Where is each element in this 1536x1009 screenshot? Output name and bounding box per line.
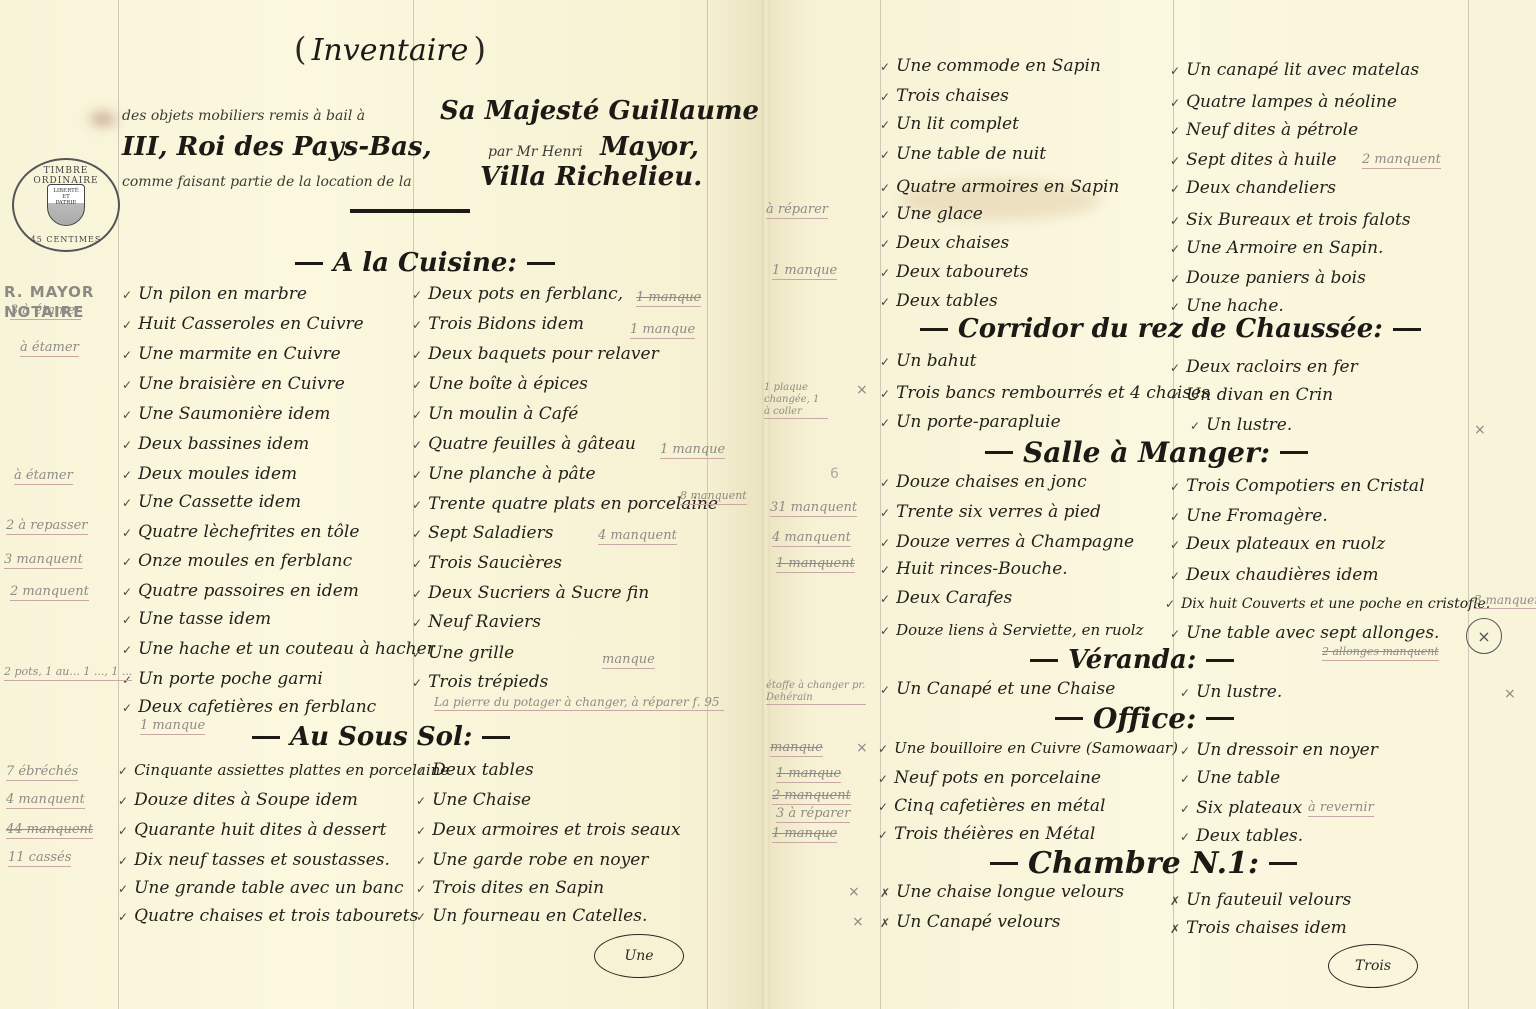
margin-note: 4 manquent <box>772 530 851 547</box>
inventory-item: ✓Huit Casseroles en Cuivre <box>122 312 364 337</box>
header-line2-small: par Mr Henri <box>488 144 583 160</box>
margin-note: 2 manquent <box>1362 152 1441 169</box>
margin-note: 2 allonges manquent <box>1322 644 1439 661</box>
circled-cross-icon: × <box>1466 618 1502 654</box>
inventory-item: ✓Un lustre. <box>1190 413 1292 438</box>
margin-note: à étamer <box>20 340 79 357</box>
inventory-item: ✓Deux Sucriers à Sucre fin <box>412 581 649 606</box>
header-line2-name: Mayor, <box>600 132 699 162</box>
inventory-item: ✓Onze moules en ferblanc <box>122 549 352 574</box>
margin-number: 6 <box>830 466 839 482</box>
inventory-item: ✓Quatre lèchefrites en tôle <box>122 520 359 545</box>
header-line1-big: Sa Majesté Guillaume <box>440 96 759 126</box>
inventory-item: ✓Trois Saucières <box>412 551 562 576</box>
margin-note: 1 manque <box>776 766 841 783</box>
inventory-item: ✓Un moulin à Café <box>412 402 578 427</box>
margin-note: 1 manque <box>636 290 701 307</box>
cross-mark-icon: × <box>852 914 864 930</box>
inventory-item: ✓Quatre lampes à néoline <box>1170 90 1397 115</box>
inventory-item: ✓Un porte-parapluie <box>880 410 1061 435</box>
cross-mark-icon: × <box>1504 686 1516 702</box>
inventory-item: ✓Une braisière en Cuivre <box>122 372 345 397</box>
margin-note: 2 à repasser <box>6 518 88 535</box>
shield-text: PATRIE <box>56 200 77 206</box>
header-line3-big: Villa Richelieu. <box>480 162 702 192</box>
inventory-item: ✓Douze verres à Champagne <box>880 530 1134 555</box>
tax-stamp: TIMBRE ORDINAIRE LIBERTÉ ET PATRIE 45 CE… <box>12 158 120 252</box>
notary-name: R. MAYOR <box>4 282 94 302</box>
inventory-item: ✓Une table de nuit <box>880 142 1046 167</box>
inventory-item: ✓Quatre passoires en idem <box>122 579 359 604</box>
inventory-item: ✗Trois chaises idem <box>1170 916 1347 941</box>
inventory-item: ✓Un Canapé et une Chaise <box>880 677 1115 702</box>
inventory-item: ✓Une tasse idem <box>122 607 271 632</box>
inventory-item: ✗Un fauteuil velours <box>1170 888 1351 913</box>
margin-note: 7 ébréchés <box>6 764 78 781</box>
margin-note: 3 manquent <box>1474 592 1536 609</box>
inventory-item: ✓Une marmite en Cuivre <box>122 342 341 367</box>
section-veranda-title: Véranda: <box>1030 645 1234 675</box>
inventory-item: ✓Six Bureaux et trois falots <box>1170 208 1411 233</box>
inventory-item: ✓Une Fromagère. <box>1170 504 1328 529</box>
margin-note: 1 plaque changée, 1 à coller <box>764 382 828 419</box>
inventory-item: ✓Trois chaises <box>880 84 1009 109</box>
inventory-item: ✓Deux chandeliers <box>1170 176 1336 201</box>
inventory-item: ✓Trente six verres à pied <box>880 500 1101 525</box>
inventory-item: ✓Une Cassette idem <box>122 490 301 515</box>
inventory-item: ✓Une commode en Sapin <box>880 54 1101 79</box>
margin-note: manque <box>770 740 823 757</box>
inventory-item: ✓Un lit complet <box>880 112 1019 137</box>
page-fold <box>762 0 770 1009</box>
inventory-item: ✓Trois Compotiers en Cristal <box>1170 474 1425 499</box>
margin-note: 4 manquent <box>6 792 85 809</box>
inventory-item: ✓Une Armoire en Sapin. <box>1170 236 1383 261</box>
section-chambre-title: Chambre N.1: <box>990 846 1297 881</box>
margin-note: 3 à réparer <box>776 806 850 823</box>
inventory-item: ✓Une table <box>1180 766 1280 791</box>
inventory-item: ✓Trois théières en Métal <box>878 822 1095 847</box>
header-line3-small: comme faisant partie de la location de l… <box>122 174 412 190</box>
catchword: Trois <box>1328 944 1418 988</box>
margin-note: 1 manque <box>660 442 725 459</box>
margin-note: à réparer <box>766 202 828 219</box>
margin-note: 3 à étamer <box>10 303 81 320</box>
inventory-item: ✓Deux plateaux en ruolz <box>1170 532 1385 557</box>
inventory-item: ✓Une Saumonière idem <box>122 402 330 427</box>
section-corridor-title: Corridor du rez de Chaussée: <box>920 314 1421 344</box>
margin-note: 2 manquent <box>772 788 851 805</box>
inventory-item: ✓Une boîte à épices <box>412 372 588 397</box>
section-cuisine-title: A la Cuisine: <box>295 248 555 278</box>
cross-mark-icon: × <box>856 382 868 398</box>
inventory-item: ✓Deux Carafes <box>880 586 1012 611</box>
inventory-item: ✓Trois trépieds <box>412 670 548 695</box>
inventory-item: ✓Deux bassines idem <box>122 432 309 457</box>
inventory-item: ✓Quarante huit dites à dessert <box>118 818 386 843</box>
inventory-item: ✓Un bahut <box>880 349 977 374</box>
inventory-item: ✓Trois dites en Sapin <box>416 876 604 901</box>
column-rule <box>1468 0 1469 1009</box>
inventory-item: ✓Douze chaises en jonc <box>880 470 1087 495</box>
inventory-item: ✗Un Canapé velours <box>880 910 1060 935</box>
cross-mark-icon: × <box>1474 422 1486 438</box>
inventory-item: ✓Six plateaux <box>1180 796 1302 821</box>
section-soussol-title: Au Sous Sol: <box>252 722 510 752</box>
document-title: ( Inventaire ) <box>270 30 510 68</box>
margin-note: 1 manque <box>772 263 837 280</box>
margin-note: 2 pots, 1 au... 1 ..., 1 ... <box>4 664 132 681</box>
ink-stain <box>90 112 116 126</box>
inventory-item: ✓Une grande table avec un banc <box>118 876 404 901</box>
margin-note: 31 manquent <box>770 500 857 517</box>
inventory-item: ✓Un pilon en marbre <box>122 282 307 307</box>
inventory-item: ✗Une chaise longue velours <box>880 880 1124 905</box>
inventory-item: ✓Une table avec sept allonges. <box>1170 621 1439 646</box>
margin-note: manque <box>602 652 655 669</box>
margin-note: 1 manque <box>140 718 205 735</box>
section-salle-title: Salle à Manger: <box>985 436 1308 469</box>
margin-note: étoffe à changer pr. Dehérain <box>766 680 866 705</box>
margin-note: 1 manque <box>630 322 695 339</box>
section-office-title: Office: <box>1055 702 1234 735</box>
inventory-item: ✓Cinq cafetières en métal <box>878 794 1105 819</box>
inventory-item: ✓Neuf Raviers <box>412 610 541 635</box>
margin-note: 3 manquent <box>4 552 83 569</box>
inventory-item: ✓Douze paniers à bois <box>1170 266 1366 291</box>
cross-mark-icon: × <box>848 884 860 900</box>
inventory-item: ✓Dix huit Couverts et une poche en crist… <box>1165 592 1490 616</box>
margin-note: La pierre du potager à changer, à répare… <box>434 694 724 711</box>
inventory-item: ✓Un porte poche garni <box>122 667 323 692</box>
margin-note: 11 cassés <box>8 850 71 867</box>
inventory-item: ✓Douze liens à Serviette, en ruolz <box>880 618 1143 643</box>
inventory-item: ✓Un dressoir en noyer <box>1180 738 1378 763</box>
inventory-item: ✓Une grille <box>412 641 514 666</box>
inventory-item: ✓Deux cafetières en ferblanc <box>122 695 376 720</box>
inventory-item: ✓Sept Saladiers <box>412 521 553 546</box>
inventory-item: ✓Deux tables <box>416 758 534 783</box>
inventory-item: ✓Une planche à pâte <box>412 462 596 487</box>
inventory-item: ✓Neuf pots en porcelaine <box>878 766 1101 791</box>
inventory-item: ✓Cinquante assiettes plattes en porcelai… <box>118 758 449 783</box>
inventory-item: ✓Deux chaudières idem <box>1170 563 1378 588</box>
margin-note: 44 manquent <box>6 822 93 839</box>
inventory-item: ✓Deux moules idem <box>122 462 297 487</box>
inventory-item: ✓Deux baquets pour relaver <box>412 342 659 367</box>
inventory-item: ✓Douze dites à Soupe idem <box>118 788 358 813</box>
inventory-item: ✓Deux chaises <box>880 231 1009 256</box>
title-text: Inventaire <box>312 33 469 68</box>
inventory-item: ✓Un divan en Crin <box>1170 383 1333 408</box>
inventory-item: ✓Sept dites à huile <box>1170 148 1337 173</box>
inventory-item: ✓Trois Bidons idem <box>412 312 584 337</box>
margin-note: à revernir <box>1308 800 1374 817</box>
margin-note: à étamer <box>14 468 73 485</box>
inventory-item: ✓Deux racloirs en fer <box>1170 355 1358 380</box>
inventory-item: ✓Une glace <box>880 202 983 227</box>
inventory-item: ✓Neuf dites à pétrole <box>1170 118 1358 143</box>
margin-note: 1 manquent <box>776 556 855 573</box>
inventory-item: ✓Un fourneau en Catelles. <box>416 904 647 929</box>
title-underline <box>350 209 470 213</box>
stamp-top-text: TIMBRE ORDINAIRE <box>14 166 118 186</box>
inventory-item: ✓Deux pots en ferblanc, <box>412 282 623 307</box>
margin-note: 8 manquent <box>680 488 747 505</box>
header-line2-big: III, Roi des Pays-Bas, <box>122 132 432 162</box>
inventory-item: ✓Trente quatre plats en porcelaine <box>412 492 718 517</box>
inventory-item: ✓Un canapé lit avec matelas <box>1170 58 1419 83</box>
cross-mark-icon: × <box>856 740 868 756</box>
inventory-item: ✓Dix neuf tasses et soustasses. <box>118 848 390 873</box>
inventory-item: ✓Une garde robe en noyer <box>416 848 648 873</box>
stamp-bottom-text: 45 CENTIMES <box>14 235 118 244</box>
inventory-item: ✓Deux tabourets <box>880 260 1028 285</box>
inventory-item: ✓Quatre armoires en Sapin <box>880 175 1119 200</box>
header-line1-small: des objets mobiliers remis à bail à <box>122 108 365 124</box>
inventory-item: ✓Deux tables <box>880 289 998 314</box>
inventory-item: ✓Une hache et un couteau à hacher <box>122 637 435 662</box>
inventory-item: ✓Une bouilloire en Cuivre (Samowaar) <box>878 736 1178 761</box>
inventory-item: ✓Quatre chaises et trois tabourets <box>118 904 418 929</box>
inventory-item: ✓Quatre feuilles à gâteau <box>412 432 636 457</box>
inventory-item: ✓Huit rinces-Bouche. <box>880 557 1068 582</box>
margin-note: 1 manque <box>772 826 837 843</box>
catchword: Une <box>594 934 684 978</box>
shield-icon: LIBERTÉ ET PATRIE <box>47 184 85 226</box>
inventory-item: ✓Deux armoires et trois seaux <box>416 818 681 843</box>
inventory-item: ✓Trois bancs rembourrés et 4 chaises <box>880 381 1210 406</box>
inventory-item: ✓Une Chaise <box>416 788 531 813</box>
margin-note: 2 manquent <box>10 584 89 601</box>
margin-note: 4 manquent <box>598 528 677 545</box>
